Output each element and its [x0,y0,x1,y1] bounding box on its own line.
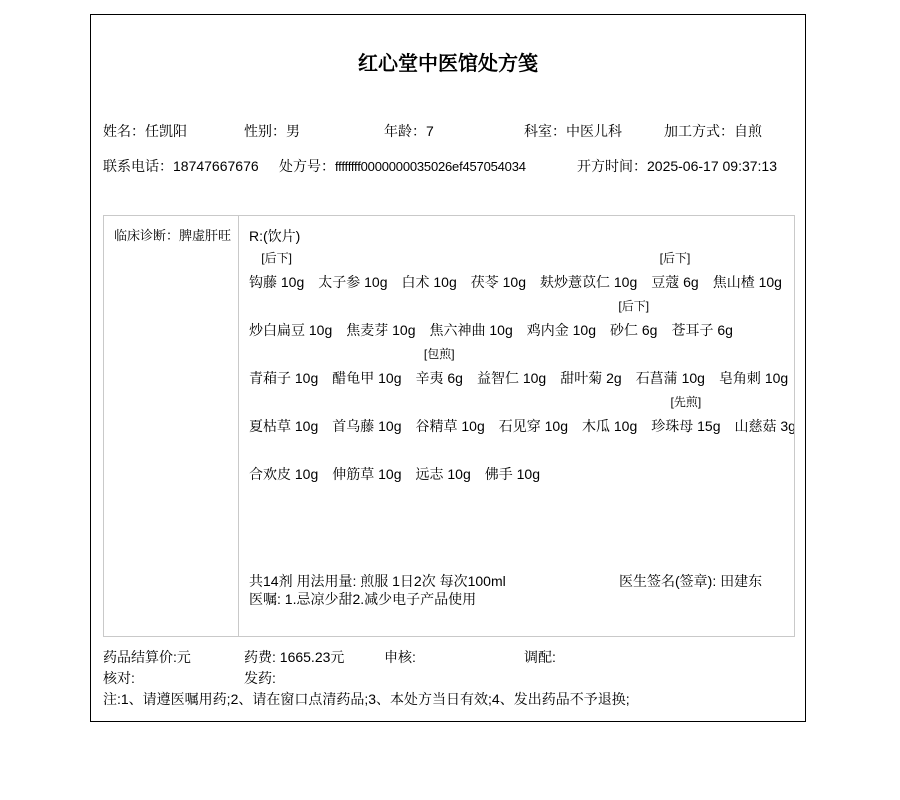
herb-item: 麸炒薏苡仁 10g [540,248,637,296]
age-value: 7 [426,123,434,139]
phone-value: 18747667676 [173,158,259,174]
herb-name-dose: 木瓜 10g [582,412,637,440]
rx-header: R:(饮片) [249,224,786,248]
herb-item: 合欢皮 10g [249,440,318,488]
herb-preparation-tag [735,392,795,412]
field-settlement-price: 药品结算价:元 [103,649,191,666]
herb-item: 白术 10g [402,248,457,296]
herb-preparation-tag [332,344,401,364]
herb-preparation-tag [430,296,513,316]
herb-item: 鸡内金 10g [527,296,596,344]
rx-number-value: ffffffff0000000035026ef457054034 [335,159,526,174]
herb-item: [先煎]珍珠母 15g [651,392,720,440]
herb-preparation-tag [719,344,788,364]
herb-preparation-tag: [后下] [610,296,657,316]
herb-name-dose: 青葙子 10g [249,364,318,392]
doctor-signature: 医生签名(签章): 田建东 [619,572,762,590]
herb-preparation-tag [485,440,540,460]
herb-name-dose: 焦山楂 10g [713,268,782,296]
herb-name-dose: 白术 10g [402,268,457,296]
herb-name-dose: 石菖蒲 10g [636,364,705,392]
herb-preparation-tag [671,296,732,316]
herb-item: 石菖蒲 10g [636,344,705,392]
herb-name-dose: 焦六神曲 10g [430,316,513,344]
gender-value: 男 [286,123,300,139]
herb-item: 夏枯草 10g [249,392,318,440]
herb-preparation-tag [582,392,637,412]
herb-preparation-tag [416,392,485,412]
herb-preparation-tag: [后下] [651,248,698,268]
field-review: 申核: [384,649,416,666]
processing-label: 加工方式： [664,123,734,139]
herb-preparation-tag [416,440,471,460]
herb-item: 焦六神曲 10g [430,296,513,344]
age-label: 年龄： [384,123,426,139]
herb-preparation-tag [636,344,705,364]
herb-preparation-tag [332,392,401,412]
herb-preparation-tag [249,440,318,460]
herb-name-dose: 佛手 10g [485,460,540,488]
herb-name-dose: 炒白扁豆 10g [249,316,332,344]
herb-item: 炒白扁豆 10g [249,296,332,344]
herb-name-dose: 苍耳子 6g [671,316,732,344]
herb-name-dose: 皂角刺 10g [719,364,788,392]
herb-row: 炒白扁豆 10g焦麦芽 10g焦六神曲 10g鸡内金 10g[后下]砂仁 6g苍… [249,296,786,344]
herb-row: [后下]钩藤 10g太子参 10g白术 10g茯苓 10g麸炒薏苡仁 10g[后… [249,248,786,296]
patient-name-label: 姓名： [103,123,145,139]
herb-name-dose: 醋龟甲 10g [332,364,401,392]
herb-item: 益智仁 10g [477,344,546,392]
field-gender: 性别：男 [244,123,300,140]
department-value: 中医儿科 [566,123,622,139]
herb-preparation-tag [471,248,526,268]
herb-preparation-tag [346,296,415,316]
field-rx-number: 处方号：ffffffff0000000035026ef457054034 [279,158,526,175]
herb-item: 醋龟甲 10g [332,344,401,392]
herb-item: 苍耳子 6g [671,296,732,344]
doctor-signature-label: 医生签名(签章): [619,573,720,589]
prescription-table: 临床诊断：脾虚肝旺 R:(饮片) [后下]钩藤 10g太子参 10g白术 10g… [103,215,795,637]
diagnosis-cell: 临床诊断：脾虚肝旺 [104,216,239,636]
verify-label: 核对: [103,670,135,686]
herb-name-dose: 辛夷 6g [416,364,463,392]
herb-name-dose: 砂仁 6g [610,316,657,344]
issue-time-value: 2025-06-17 09:37:13 [647,158,777,174]
herb-name-dose: 石见穿 10g [499,412,568,440]
herb-item: 山慈菇 3g [735,392,795,440]
herb-name-dose: 合欢皮 10g [249,460,318,488]
usage-row: 共14剂 用法用量: 煎服 1日2次 每次100ml 医生签名(签章): 田建东 [249,572,786,590]
medicine-fee-label: 药费: [244,649,280,665]
diagnosis-label: 临床诊断： [114,228,179,243]
herb-item: 谷精草 10g [416,392,485,440]
herb-name-dose: 谷精草 10g [416,412,485,440]
herb-name-dose: 甜叶菊 2g [560,364,621,392]
herb-row: 合欢皮 10g伸筋草 10g远志 10g佛手 10g [249,440,786,488]
herb-preparation-tag [249,344,318,364]
field-department: 科室：中医儿科 [524,123,622,140]
diagnosis-value: 脾虚肝旺 [179,228,231,243]
herb-name-dose: 焦麦芽 10g [346,316,415,344]
herb-item: 首乌藤 10g [332,392,401,440]
herb-preparation-tag [249,296,332,316]
herb-item: 石见穿 10g [499,392,568,440]
herb-preparation-tag [527,296,596,316]
rx-number-label: 处方号： [279,158,335,174]
herb-item: 佛手 10g [485,440,540,488]
herb-preparation-tag [402,248,457,268]
issue-medicine-label: 发药: [244,670,276,686]
gender-label: 性别： [244,123,286,139]
dispense-label: 调配: [524,649,556,665]
field-age: 年龄：7 [384,123,434,140]
field-issue-time: 开方时间：2025-06-17 09:37:13 [577,158,777,175]
herb-preparation-tag [540,248,637,268]
herb-name-dose: 益智仁 10g [477,364,546,392]
field-processing-method: 加工方式：自煎 [664,123,762,140]
herb-item: [后下]豆蔻 6g [651,248,698,296]
herb-item: 焦麦芽 10g [346,296,415,344]
review-label: 申核: [384,649,416,665]
field-dispense: 调配: [524,649,556,666]
herb-item: 甜叶菊 2g [560,344,621,392]
herb-name-dose: 珍珠母 15g [651,412,720,440]
field-medicine-fee: 药费: 1665.23元 [244,649,344,666]
patient-name-value: 任凯阳 [145,123,187,139]
herb-item: [后下]钩藤 10g [249,248,304,296]
herb-preparation-tag [477,344,546,364]
medicine-fee-value: 1665.23元 [280,649,345,665]
herb-list: [后下]钩藤 10g太子参 10g白术 10g茯苓 10g麸炒薏苡仁 10g[后… [249,248,786,488]
processing-value: 自煎 [734,123,762,139]
herb-name-dose: 首乌藤 10g [332,412,401,440]
field-verify: 核对: [103,670,135,687]
herb-item: 青葙子 10g [249,344,318,392]
rx-cell: R:(饮片) [后下]钩藤 10g太子参 10g白术 10g茯苓 10g麸炒薏苡… [239,216,794,636]
herb-preparation-tag [318,248,387,268]
herb-preparation-tag: [先煎] [651,392,720,412]
herb-item: 太子参 10g [318,248,387,296]
herb-name-dose: 茯苓 10g [471,268,526,296]
herb-name-dose: 夏枯草 10g [249,412,318,440]
doctor-signature-name: 田建东 [720,573,762,589]
herb-item: 茯苓 10g [471,248,526,296]
herb-name-dose: 钩藤 10g [249,268,304,296]
herb-item: 木瓜 10g [582,392,637,440]
field-phone: 联系电话：18747667676 [103,158,259,175]
medical-advice: 医嘱: 1.忌凉少甜2.减少电子产品使用 [249,590,786,609]
herb-preparation-tag [560,344,621,364]
herb-preparation-tag [332,440,401,460]
herb-name-dose: 麸炒薏苡仁 10g [540,268,637,296]
footer-note: 注:1、请遵医嘱用药;2、请在窗口点清药品;3、本处方当日有效;4、发出药品不予… [103,691,630,708]
herb-preparation-tag: [后下] [249,248,304,268]
herb-name-dose: 太子参 10g [318,268,387,296]
herb-row: 青葙子 10g醋龟甲 10g[包煎]辛夷 6g益智仁 10g甜叶菊 2g石菖蒲 … [249,344,786,392]
page-title: 红心堂中医馆处方笺 [91,47,805,76]
field-patient-name: 姓名：任凯阳 [103,123,187,140]
issue-time-label: 开方时间： [577,158,647,174]
prescription-sheet: 红心堂中医馆处方笺 姓名：任凯阳 性别：男 年龄：7 科室：中医儿科 加工方式：… [90,14,806,722]
herb-preparation-tag [249,392,318,412]
usage-block: 共14剂 用法用量: 煎服 1日2次 每次100ml 医生签名(签章): 田建东… [249,572,786,609]
herb-name-dose: 山慈菇 3g [735,412,795,440]
herb-preparation-tag: [包煎] [416,344,463,364]
herb-row: 夏枯草 10g首乌藤 10g谷精草 10g石见穿 10g木瓜 10g[先煎]珍珠… [249,392,786,440]
herb-item: 皂角刺 10g [719,344,788,392]
herb-item: [后下]砂仁 6g [610,296,657,344]
herb-item: [包煎]辛夷 6g [416,344,463,392]
herb-item: 伸筋草 10g [332,440,401,488]
department-label: 科室： [524,123,566,139]
herb-preparation-tag [713,248,782,268]
herb-item: 远志 10g [416,440,471,488]
settlement-price-value: 元 [177,649,191,665]
herb-item: 焦山楂 10g [713,248,782,296]
settlement-price-label: 药品结算价: [103,649,177,665]
herb-name-dose: 伸筋草 10g [332,460,401,488]
field-issue-medicine: 发药: [244,670,276,687]
herb-name-dose: 远志 10g [416,460,471,488]
herb-name-dose: 鸡内金 10g [527,316,596,344]
herb-preparation-tag [499,392,568,412]
herb-name-dose: 豆蔻 6g [651,268,698,296]
phone-label: 联系电话： [103,158,173,174]
usage-summary: 共14剂 用法用量: 煎服 1日2次 每次100ml [249,573,506,589]
